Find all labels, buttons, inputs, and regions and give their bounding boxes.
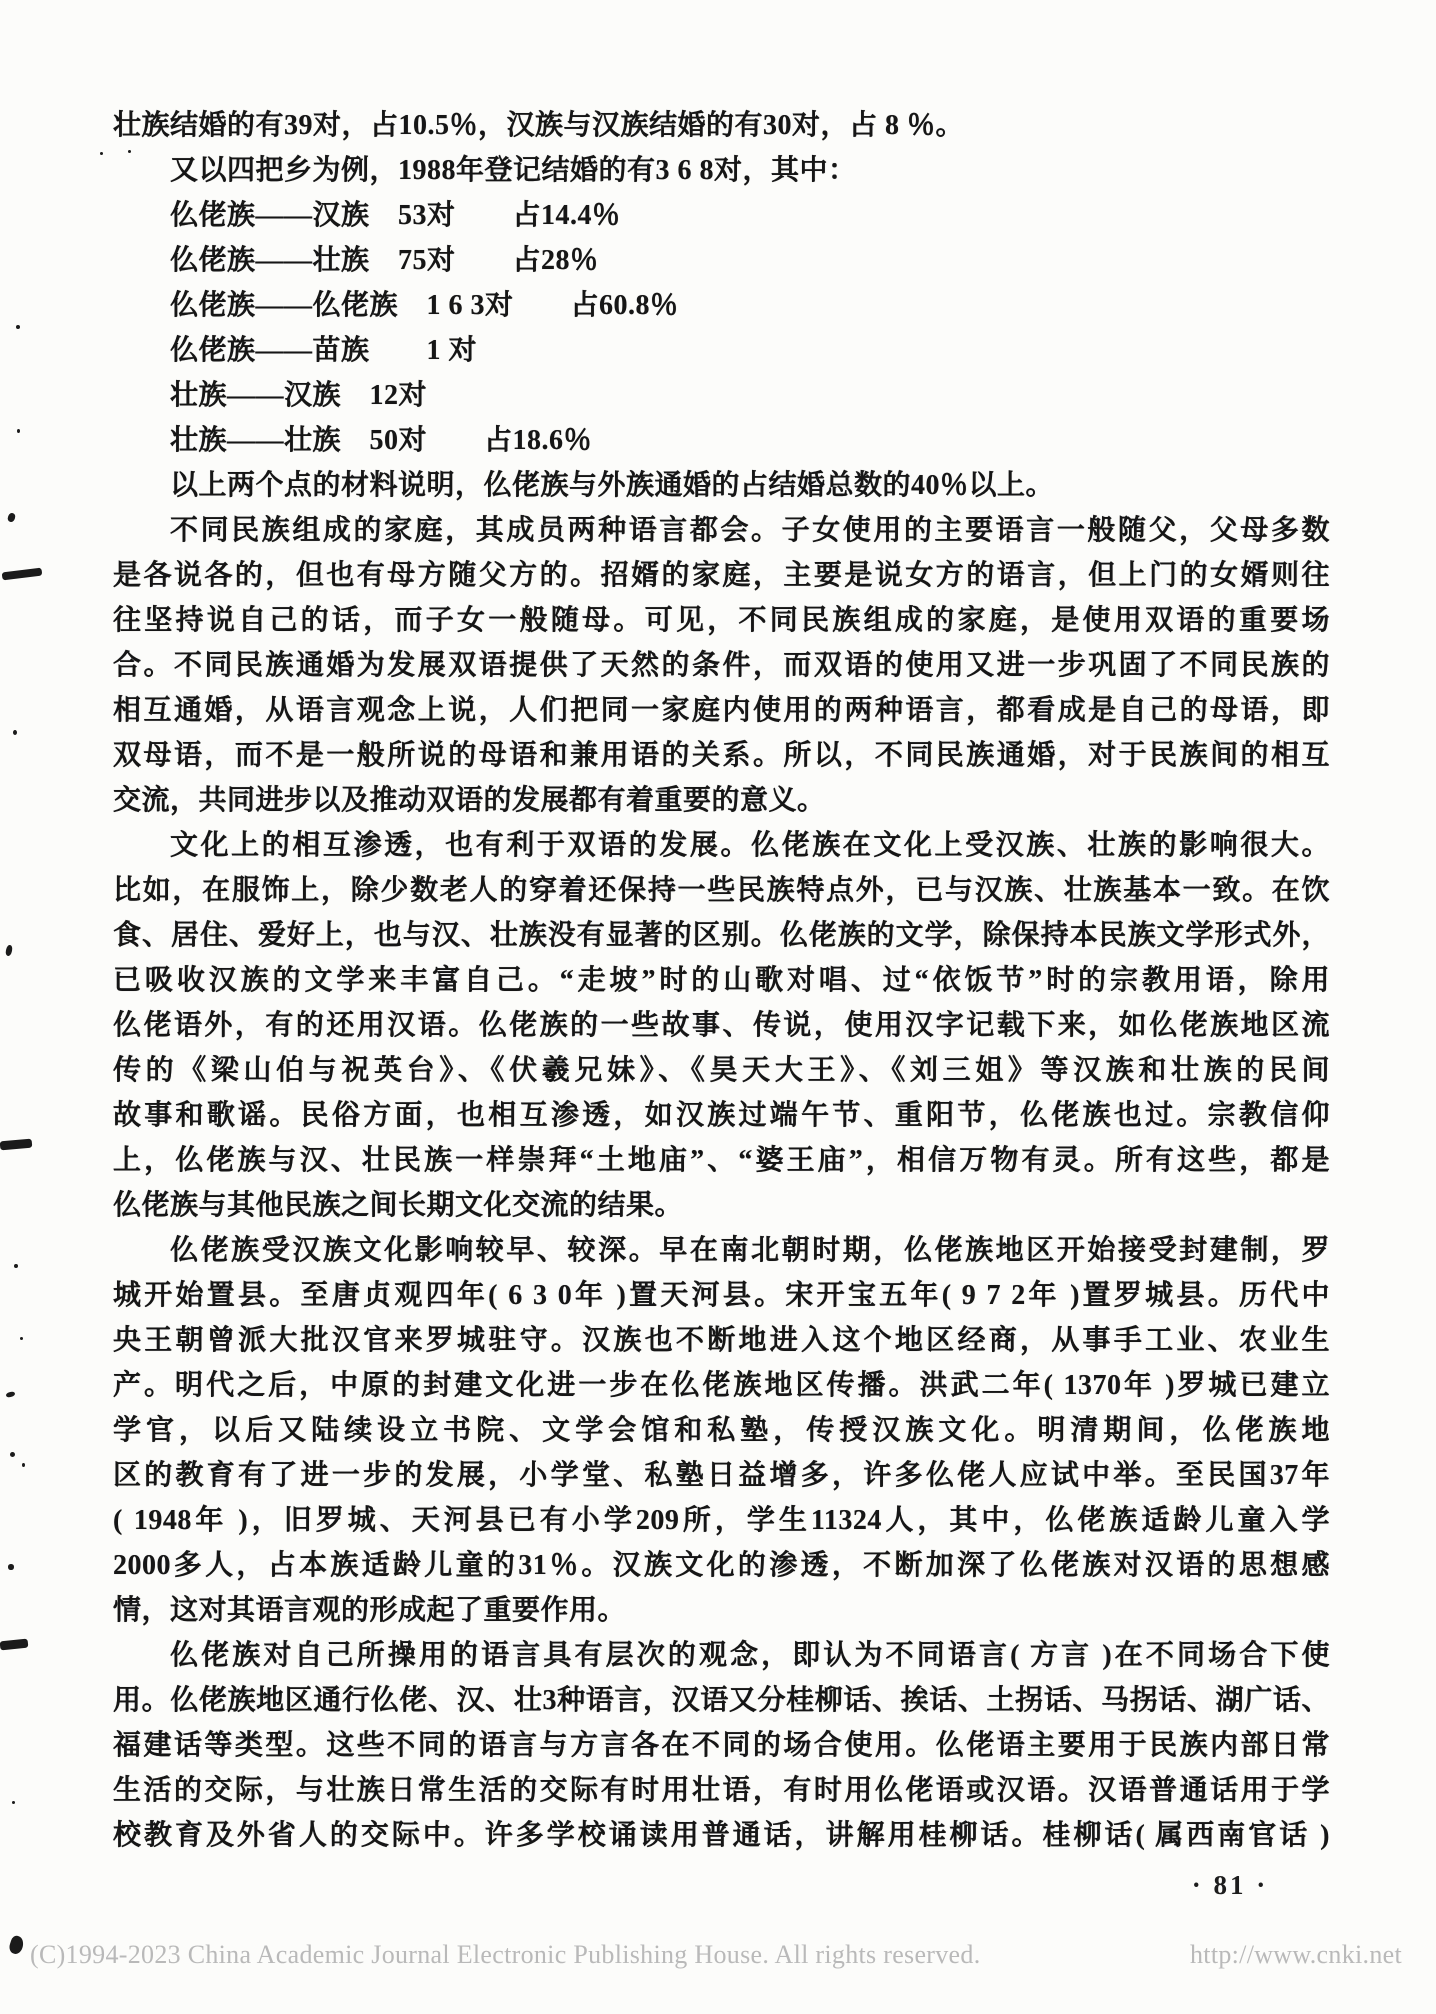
scan-artifact xyxy=(17,429,20,433)
scan-artifact xyxy=(16,325,20,329)
scan-artifact xyxy=(8,1564,14,1570)
scan-artifact xyxy=(22,1463,25,1467)
scan-artifact xyxy=(10,1452,15,1457)
footer-watermark: (C)1994-2023 China Academic Journal Elec… xyxy=(30,1940,1402,1970)
scanned-journal-page: 壮族结婚的有39对，占10.5％，汉族与汉族结婚的有30对，占 8 ％。 又以四… xyxy=(0,0,1436,2014)
text-line: 壮族——壮族 50对 占18.6％ xyxy=(113,418,1330,463)
text-line: 比如，在服饰上，除少数老人的穿着还保持一些民族特点外，已与汉族、壮族基本一致。在… xyxy=(113,868,1330,913)
text-line: 传的《梁山伯与祝英台》、《伏羲兄妹》、《昊天大王》、《刘三姐》等汉族和壮族的民间 xyxy=(113,1048,1330,1093)
page-number: · 81 · xyxy=(1150,1870,1310,1901)
body-text: 壮族结婚的有39对，占10.5％，汉族与汉族结婚的有30对，占 8 ％。 又以四… xyxy=(113,103,1330,1858)
text-line: ( 1948年 )，旧罗城、天河县已有小学209所，学生11324人，其中，仫佬… xyxy=(113,1498,1330,1543)
text-line: 仫佬族受汉族文化影响较早、较深。早在南北朝时期，仫佬族地区开始接受封建制，罗 xyxy=(113,1228,1330,1273)
text-line: 仫佬族——仫佬族 1 6 3对 占60.8％ xyxy=(113,283,1330,328)
text-line: 福建话等类型。这些不同的语言与方言各在不同的场合使用。仫佬语主要用于民族内部日常 xyxy=(113,1723,1330,1768)
text-line: 用。仫佬族地区通行仫佬、汉、壮3种语言，汉语又分桂柳话、挨话、土拐话、马拐话、湖… xyxy=(113,1678,1330,1723)
scan-artifact xyxy=(0,1139,32,1151)
scan-artifact xyxy=(12,1801,15,1804)
footer-url: http://www.cnki.net xyxy=(1190,1940,1402,1970)
text-line: 上，仫佬族与汉、壮民族一样崇拜“土地庙”、“婆王庙”，相信万物有灵。所有这些，都… xyxy=(113,1138,1330,1183)
text-line: 央王朝曾派大批汉官来罗城驻守。汉族也不断地进入这个地区经商，从事手工业、农业生 xyxy=(113,1318,1330,1363)
text-line: 情，这对其语言观的形成起了重要作用。 xyxy=(113,1588,1330,1633)
scan-artifact xyxy=(13,730,17,735)
text-line: 学官，以后又陆续设立书院、文学会馆和私塾，传授汉族文化。明清期间，仫佬族地 xyxy=(113,1408,1330,1453)
text-line: 文化上的相互渗透，也有利于双语的发展。仫佬族在文化上受汉族、壮族的影响很大。 xyxy=(113,823,1330,868)
text-line: 产。明代之后，中原的封建文化进一步在仫佬族地区传播。洪武二年( 1370年 )罗… xyxy=(113,1363,1330,1408)
text-line: 不同民族组成的家庭，其成员两种语言都会。子女使用的主要语言一般随父，父母多数 xyxy=(113,508,1330,553)
text-line: 已吸收汉族的文学来丰富自己。“走坡”时的山歌对唱、过“依饭节”时的宗教用语，除用 xyxy=(113,958,1330,1003)
text-line: 往坚持说自己的话，而子女一般随母。可见，不同民族组成的家庭，是使用双语的重要场 xyxy=(113,598,1330,643)
footer-copyright: (C)1994-2023 China Academic Journal Elec… xyxy=(30,1940,981,1970)
text-line: 又以四把乡为例，1988年登记结婚的有3 6 8对，其中： xyxy=(113,148,1330,193)
text-line: 故事和歌谣。民俗方面，也相互渗透，如汉族过端午节、重阳节，仫佬族也过。宗教信仰 xyxy=(113,1093,1330,1138)
text-line: 壮族结婚的有39对，占10.5％，汉族与汉族结婚的有30对，占 8 ％。 xyxy=(113,103,1330,148)
text-line: 仫佬语外，有的还用汉语。仫佬族的一些故事、传说，使用汉字记载下来，如仫佬族地区流 xyxy=(113,1003,1330,1048)
text-line: 仫佬族——苗族 1 对 xyxy=(113,328,1330,373)
text-line: 合。不同民族通婚为发展双语提供了天然的条件，而双语的使用又进一步巩固了不同民族的 xyxy=(113,643,1330,688)
text-line: 仫佬族与其他民族之间长期文化交流的结果。 xyxy=(113,1183,1330,1228)
scan-artifact xyxy=(100,152,103,155)
text-line: 2000多人，占本族适龄儿童的31％。汉族文化的渗透，不断加深了仫佬族对汉语的思… xyxy=(113,1543,1330,1588)
text-line: 是各说各的，但也有母方随父方的。招婿的家庭，主要是说女方的语言，但上门的女婿则往 xyxy=(113,553,1330,598)
text-line: 食、居住、爱好上，也与汉、壮族没有显著的区别。仫佬族的文学，除保持本民族文学形式… xyxy=(113,913,1330,958)
text-line: 仫佬族——壮族 75对 占28％ xyxy=(113,238,1330,283)
text-line: 仫佬族对自己所操用的语言具有层次的观念，即认为不同语言( 方言 )在不同场合下使 xyxy=(113,1633,1330,1678)
text-line: 校教育及外省人的交际中。许多学校诵读用普通话，讲解用桂柳话。桂柳话( 属西南官话… xyxy=(113,1813,1330,1858)
text-line: 仫佬族——汉族 53对 占14.4％ xyxy=(113,193,1330,238)
scan-artifact xyxy=(2,568,43,581)
scan-artifact xyxy=(128,150,131,153)
scan-artifact xyxy=(5,944,13,956)
text-line: 生活的交际，与壮族日常生活的交际有时用壮语，有时用仫佬语或汉语。汉语普通话用于学 xyxy=(113,1768,1330,1813)
text-line: 城开始置县。至唐贞观四年( 6 3 0年 )置天河县。宋开宝五年( 9 7 2年… xyxy=(113,1273,1330,1318)
text-line: 相互通婚，从语言观念上说，人们把同一家庭内使用的两种语言，都看成是自己的母语，即 xyxy=(113,688,1330,733)
text-line: 交流，共同进步以及推动双语的发展都有着重要的意义。 xyxy=(113,778,1330,823)
scan-artifact xyxy=(0,1639,28,1651)
scan-artifact xyxy=(14,1264,18,1268)
scan-artifact xyxy=(8,1934,26,1955)
scan-artifact xyxy=(20,1337,23,1340)
scan-artifact xyxy=(7,512,17,523)
text-line: 壮族——汉族 12对 xyxy=(113,373,1330,418)
text-line: 区的教育有了进一步的发展，小学堂、私塾日益增多，许多仫佬人应试中举。至民国37年 xyxy=(113,1453,1330,1498)
scan-artifact xyxy=(6,1391,16,1398)
text-line: 双母语，而不是一般所说的母语和兼用语的关系。所以，不同民族通婚，对于民族间的相互 xyxy=(113,733,1330,778)
text-line: 以上两个点的材料说明，仫佬族与外族通婚的占结婚总数的40％以上。 xyxy=(113,463,1330,508)
